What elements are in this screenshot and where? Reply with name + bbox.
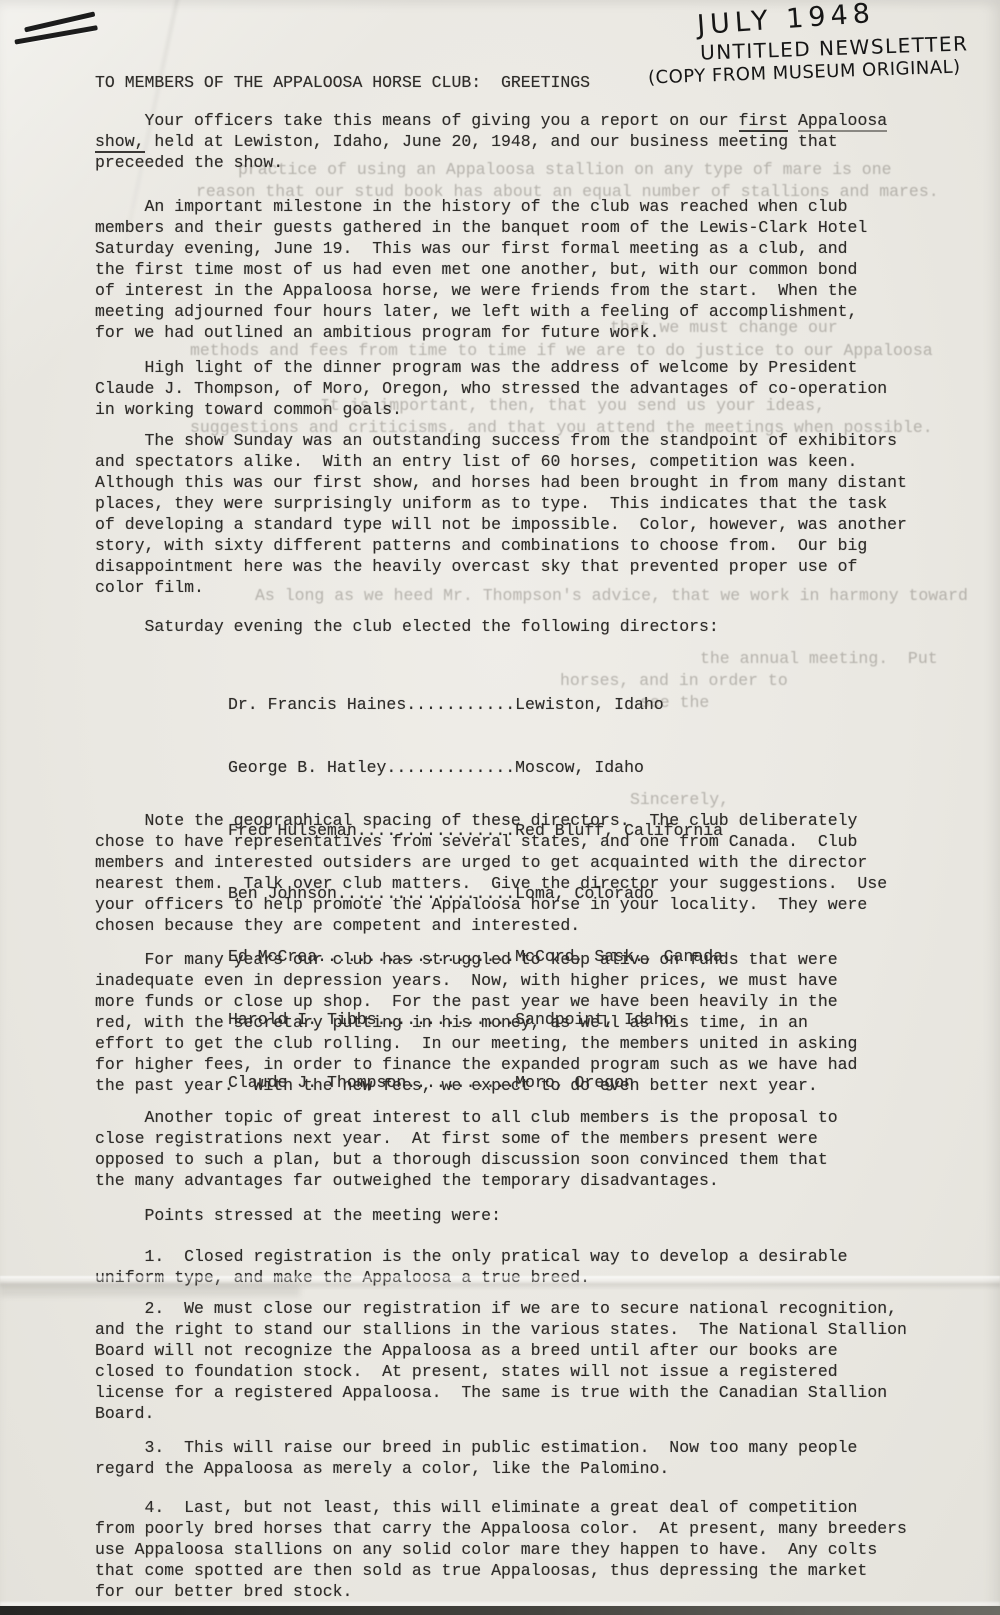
paragraph-close-registrations: Another topic of great interest to all c… [95,1107,838,1191]
paragraph-intro: Your officers take this means of giving … [95,110,887,173]
paragraph-show-success: The show Sunday was an outstanding succe… [95,430,907,598]
underlined-word-first: first [739,111,789,130]
paragraph-geographical-spacing: Note the geographical spacing of these d… [95,810,887,936]
paragraph-milestone: An important milestone in the history of… [95,196,867,343]
paragraph-dinner-highlight: High light of the dinner program was the… [95,357,887,420]
marked-word-preceeded: prece [95,151,145,172]
director-row: Dr. Francis Haines...........Lewiston, I… [228,694,723,715]
bleedthrough-text: the annual meeting. Put [700,648,938,669]
paper-fold-smudge [0,1284,300,1296]
underlined-word-show: show, [95,132,145,151]
point-4: 4. Last, but not least, this will elimin… [95,1497,907,1602]
director-row: George B. Hatley.............Moscow, Ida… [228,757,723,778]
point-3: 3. This will raise our breed in public e… [95,1437,857,1479]
underlined-word-appaloosa: Appaloosa [798,111,887,130]
p1-text: Your officers take this means of giving … [95,111,739,130]
scanned-document-page: JULY 1948 UNTITLED NEWSLETTER (COPY FROM… [0,0,1000,1615]
document-heading: TO MEMBERS OF THE APPALOOSA HORSE CLUB: … [95,72,590,93]
scan-edge [0,1606,1000,1615]
paragraph-directors-lead: Saturday evening the club elected the fo… [95,616,719,637]
paragraph-club-funds: For many years our club has struggled to… [95,949,857,1096]
point-2: 2. We must close our registration if we … [95,1298,907,1424]
paragraph-points-lead: Points stressed at the meeting were: [95,1205,501,1226]
